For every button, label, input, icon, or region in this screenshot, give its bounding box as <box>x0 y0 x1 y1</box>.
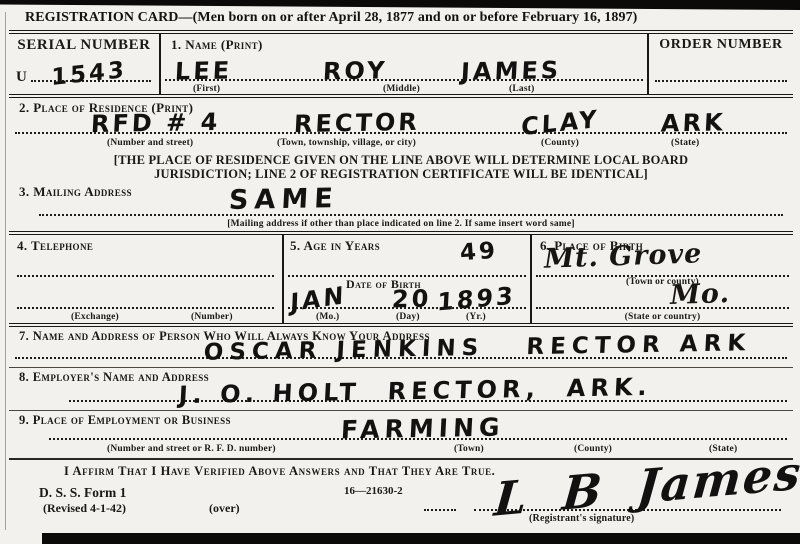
form-revision: (Revised 4-1-42) <box>43 501 126 516</box>
dob-year-value: 1893 <box>437 283 517 314</box>
residence-state-sublabel: (State) <box>671 138 699 148</box>
jurisdiction-note-line2: JURISDICTION; LINE 2 OF REGISTRATION CER… <box>9 167 793 181</box>
residence-state-value: ARK <box>660 110 726 135</box>
affirmation-text: I Affirm That I Have Verified Above Answ… <box>64 464 495 478</box>
name-first-value: LEE <box>174 59 232 84</box>
name-middle-sublabel: (Middle) <box>383 84 420 94</box>
dob-day-value: 20 <box>391 287 432 312</box>
scan-left-edge <box>5 12 6 530</box>
row-serial-name-order: SERIAL NUMBER U 1543 1. Name (Print) LEE… <box>9 34 793 98</box>
residence-town-value: RECTOR <box>293 110 420 136</box>
birthplace-town-value: Mt. Grove <box>544 240 703 273</box>
jurisdiction-note-line1: [THE PLACE OF RESIDENCE GIVEN ON THE LIN… <box>9 153 793 167</box>
order-number-label: ORDER NUMBER <box>649 34 793 53</box>
birthplace-state-sublabel: (State or country) <box>532 312 793 322</box>
name-last-value: JAMES <box>460 58 561 84</box>
dob-month-value: JAN <box>290 283 347 315</box>
signature-line-lead <box>424 509 456 511</box>
dob-day-sublabel: (Day) <box>396 312 420 322</box>
name-label: 1. Name (Print) <box>171 37 263 53</box>
employment-county-sublabel: (County) <box>574 444 612 454</box>
telephone-exchange-sublabel: (Exchange) <box>71 312 119 322</box>
jurisdiction-note: [THE PLACE OF RESIDENCE GIVEN ON THE LIN… <box>9 151 793 182</box>
residence-town-sublabel: (Town, township, village, or city) <box>277 138 416 148</box>
telephone-fill-line-1 <box>17 275 274 277</box>
employment-street-sublabel: (Number and street or R. F. D. number) <box>107 444 276 454</box>
telephone-label: 4. Telephone <box>17 238 93 254</box>
telephone-fill-line-2 <box>17 307 274 309</box>
name-middle-value: ROY <box>322 58 388 83</box>
print-code: 16—21630-2 <box>344 485 403 497</box>
employer-value: J. O. HOLT RECTOR, ARK. <box>178 375 652 407</box>
residence-section: 2. Place of Residence (Print) RFD # 4 RE… <box>9 98 793 151</box>
dob-month-sublabel: (Mo.) <box>316 312 339 322</box>
mailing-sublabel: [Mailing address if other than place ind… <box>9 219 793 229</box>
name-first-sublabel: (First) <box>193 84 220 94</box>
telephone-section: 4. Telephone (Exchange) (Number) <box>9 235 284 323</box>
name-last-sublabel: (Last) <box>509 84 534 94</box>
mailing-fill-line <box>39 214 783 216</box>
residence-street-sublabel: (Number and street) <box>107 138 193 148</box>
mailing-section: 3. Mailing Address SAME [Mailing address… <box>9 182 793 235</box>
age-label: 5. Age in Years <box>290 238 380 254</box>
age-dob-section: 5. Age in Years 49 Date of Birth JAN 20 … <box>284 235 532 323</box>
age-value: 49 <box>459 240 499 266</box>
footer-row: D. S. S. Form 1 (Revised 4-1-42) (over) … <box>9 479 793 541</box>
employment-section: 9. Place of Employment or Business FARMI… <box>9 411 793 460</box>
registration-card: REGISTRATION CARD—(Men born on or after … <box>9 10 793 541</box>
order-fill-line <box>655 80 787 82</box>
residence-street-value: RFD # 4 <box>90 110 221 136</box>
residence-county-value: CLAY <box>521 107 600 139</box>
employer-section: 8. Employer's Name and Address J. O. HOL… <box>9 368 793 411</box>
form-number: D. S. S. Form 1 <box>39 485 126 501</box>
name-section: 1. Name (Print) LEE ROY JAMES (First) (M… <box>161 34 649 94</box>
form-table: SERIAL NUMBER U 1543 1. Name (Print) LEE… <box>9 30 793 541</box>
contact-section: 7. Name and Address of Person Who Will A… <box>9 327 793 368</box>
scan-top-edge <box>0 0 800 10</box>
mailing-label: 3. Mailing Address <box>19 184 132 200</box>
scan-bottom-edge <box>42 533 800 544</box>
order-number-section: ORDER NUMBER <box>649 34 793 94</box>
name-fill-line <box>165 79 643 81</box>
residence-county-sublabel: (County) <box>541 138 579 148</box>
row-telephone-age-birth: 4. Telephone (Exchange) (Number) 5. Age … <box>9 235 793 327</box>
mailing-value: SAME <box>228 185 339 214</box>
birthplace-state-fill-line <box>536 307 789 309</box>
serial-number-section: SERIAL NUMBER U 1543 <box>9 34 161 94</box>
birthplace-state-value: Mo. <box>670 280 731 309</box>
serial-prefix: U <box>16 69 27 86</box>
serial-number-value: 1543 <box>51 59 127 90</box>
employment-value: FARMING <box>340 415 505 443</box>
employment-town-sublabel: (Town) <box>454 444 484 454</box>
birthplace-section: 6. Place of Birth Mt. Grove (Town or cou… <box>532 235 793 323</box>
over-note: (over) <box>209 501 240 516</box>
employment-label: 9. Place of Employment or Business <box>19 413 231 428</box>
birthplace-town-sublabel: (Town or county) <box>532 277 793 287</box>
serial-number-label: SERIAL NUMBER <box>9 34 159 54</box>
telephone-number-sublabel: (Number) <box>191 312 233 322</box>
card-title: REGISTRATION CARD—(Men born on or after … <box>9 10 793 26</box>
